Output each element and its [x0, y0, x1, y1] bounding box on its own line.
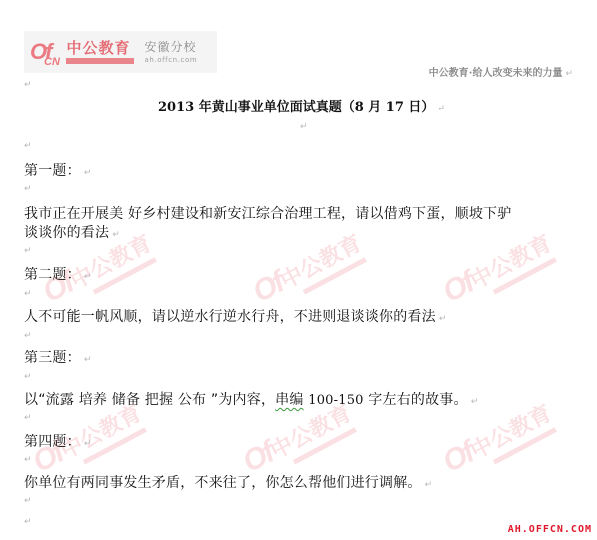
paragraph-mark: ↵: [84, 355, 92, 365]
grammar-underlined-text[interactable]: 串编: [275, 392, 303, 408]
question-label-text: 第三题：: [24, 350, 81, 366]
paragraph-mark: ↵: [425, 480, 433, 490]
paragraph-mark: ↵: [24, 372, 32, 382]
watermark-text: 中公教育: [277, 231, 366, 294]
paragraph-mark: ↵: [112, 230, 120, 240]
question-1-text-line2: 谈谈你的看法↵: [24, 222, 120, 242]
paragraph-mark: ↵: [437, 104, 445, 114]
question-label-text: 第二题：: [24, 267, 81, 283]
slogan-text: 中公教育·给人改变未来的力量: [429, 68, 563, 79]
question-text: 你单位有两同事发生矛盾，不来往了，你怎么帮他们进行调解。: [24, 475, 422, 491]
watermark-bar: [493, 427, 557, 464]
question-2-label: 第二题：↵: [24, 264, 92, 284]
watermark-text: 中公教育: [467, 401, 556, 464]
paragraph-mark: ↵: [300, 122, 308, 132]
watermark-logo-mark: Of: [437, 266, 478, 309]
branch-url: ah.offcn.com: [144, 56, 197, 64]
watermark-text: 中公教育: [267, 401, 356, 464]
question-1-text-line1: 我市正在开展美 好乡村建设和新安江综合治理工程，请以借鸡下蛋，顺坡下驴: [24, 203, 511, 223]
paragraph-mark: ↵: [24, 455, 32, 465]
watermark-logo: Of中公教育: [247, 225, 369, 315]
paragraph-mark: ↵: [24, 289, 32, 299]
question-label-text: 第四题：: [24, 434, 81, 450]
offcn-logo-mark: OfCN: [30, 41, 50, 63]
watermark-bar: [303, 257, 367, 294]
paragraph-mark: ↵: [24, 496, 32, 506]
logo-cn-block: 中公教育: [66, 40, 134, 64]
paragraph-mark: ↵: [24, 331, 32, 341]
paragraph-mark: ↵: [84, 272, 92, 282]
question-3-label: 第三题：↵: [24, 347, 92, 367]
footer-site-url: AH.OFFCN.COM: [508, 524, 592, 535]
watermark-bar: [493, 257, 557, 294]
paragraph-mark: ↵: [24, 246, 32, 256]
document-title: 2013 年黄山事业单位面试真题（8 月 17 日）↵: [158, 96, 445, 115]
question-2-text: 人不可能一帆风顺，请以逆水行逆水行舟，不进则退谈谈你的看法↵: [24, 306, 447, 326]
watermark-logo: Of中公教育: [437, 225, 559, 315]
paragraph-mark: ↵: [439, 314, 447, 324]
paragraph-mark: ↵: [84, 168, 92, 178]
paragraph-mark: ↵: [84, 439, 92, 449]
question-text: 人不可能一帆风顺，请以逆水行逆水行舟，不进则退谈谈你的看法: [24, 309, 436, 325]
paragraph-mark: ↵: [24, 184, 32, 194]
branch-block: 安徽分校 ah.offcn.com: [144, 40, 197, 64]
paragraph-mark: ↵: [24, 80, 32, 90]
watermark-bar: [83, 427, 147, 464]
watermark-text: 中公教育: [467, 231, 556, 294]
question-4-text: 你单位有两同事发生矛盾，不来往了，你怎么帮他们进行调解。↵: [24, 472, 432, 492]
question-text: 以“流露 培养 储备 把握 公布 ”为内容，: [24, 392, 275, 408]
watermark-logo-mark: Of: [437, 436, 478, 479]
branch-name: 安徽分校: [144, 40, 197, 55]
watermark-bar: [93, 257, 157, 294]
question-text: 字左右的故事。: [364, 392, 468, 408]
question-label-text: 第一题：: [24, 163, 81, 179]
question-3-text: 以“流露 培养 储备 把握 公布 ”为内容，串编 100-150 字左右的故事。…: [24, 389, 478, 409]
watermark-logo-mark: Of: [247, 266, 288, 309]
paragraph-mark: ↵: [24, 517, 32, 527]
paragraph-mark: ↵: [24, 413, 32, 423]
question-text: 谈谈你的看法: [24, 225, 109, 241]
header-slogan: 中公教育·给人改变未来的力量↵: [429, 64, 573, 79]
paragraph-mark: ↵: [565, 69, 573, 79]
word-count-range: 100-150: [308, 393, 363, 408]
title-text: 2013 年黄山事业单位面试真题（8 月 17 日）: [158, 100, 434, 115]
question-1-label: 第一题：↵: [24, 160, 92, 180]
watermark-bar: [293, 427, 357, 464]
logo-cn-text: 中公教育: [66, 40, 134, 57]
logo-mark-cn: CN: [44, 57, 60, 68]
question-4-label: 第四题：↵: [24, 431, 92, 451]
brand-logo: OfCN 中公教育 安徽分校 ah.offcn.com: [24, 31, 217, 73]
paragraph-mark: ↵: [24, 141, 32, 151]
logo-tagline-bar: [66, 58, 134, 64]
paragraph-mark: ↵: [471, 397, 479, 407]
